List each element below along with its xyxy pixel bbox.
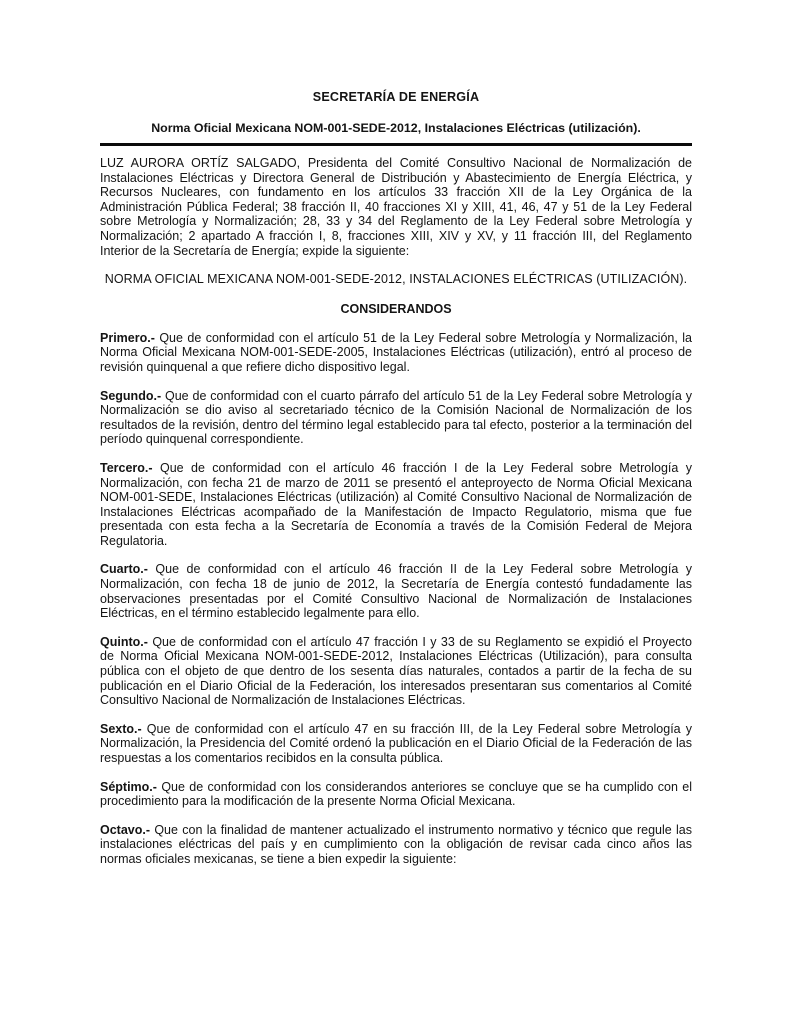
intro-paragraph: LUZ AURORA ORTÍZ SALGADO, Presidenta del…	[100, 156, 692, 258]
considerando-sexto-lead: Sexto.-	[100, 722, 142, 736]
section-heading-considerandos: CONSIDERANDOS	[100, 302, 692, 316]
considerando-segundo: Segundo.- Que de conformidad con el cuar…	[100, 389, 692, 447]
norm-title: NORMA OFICIAL MEXICANA NOM-001-SEDE-2012…	[100, 272, 692, 287]
considerando-primero-lead: Primero.-	[100, 331, 155, 345]
considerando-septimo-text: Que de conformidad con los considerandos…	[100, 780, 692, 809]
considerando-sexto-text: Que de conformidad con el artículo 47 en…	[100, 722, 692, 765]
considerando-quinto-lead: Quinto.-	[100, 635, 148, 649]
considerando-segundo-text: Que de conformidad con el cuarto párrafo…	[100, 389, 692, 447]
considerando-segundo-lead: Segundo.-	[100, 389, 161, 403]
considerando-tercero-lead: Tercero.-	[100, 461, 153, 475]
considerando-sexto: Sexto.- Que de conformidad con el artícu…	[100, 722, 692, 766]
considerando-cuarto: Cuarto.- Que de conformidad con el artíc…	[100, 562, 692, 620]
considerando-septimo: Séptimo.- Que de conformidad con los con…	[100, 780, 692, 809]
considerando-quinto: Quinto.- Que de conformidad con el artíc…	[100, 635, 692, 708]
considerando-octavo-text: Que con la finalidad de mantener actuali…	[100, 823, 692, 866]
considerando-tercero: Tercero.- Que de conformidad con el artí…	[100, 461, 692, 549]
considerando-cuarto-lead: Cuarto.-	[100, 562, 148, 576]
document-page: SECRETARÍA DE ENERGÍA Norma Oficial Mexi…	[0, 0, 791, 1024]
document-header: SECRETARÍA DE ENERGÍA Norma Oficial Mexi…	[100, 90, 692, 146]
considerando-octavo-lead: Octavo.-	[100, 823, 150, 837]
considerando-primero-text: Que de conformidad con el artículo 51 de…	[100, 331, 692, 374]
considerando-quinto-text: Que de conformidad con el artículo 47 fr…	[100, 635, 692, 707]
document-title: SECRETARÍA DE ENERGÍA	[100, 90, 692, 104]
considerando-septimo-lead: Séptimo.-	[100, 780, 157, 794]
considerando-primero: Primero.- Que de conformidad con el artí…	[100, 331, 692, 375]
document-subtitle: Norma Oficial Mexicana NOM-001-SEDE-2012…	[100, 121, 692, 135]
header-divider	[100, 143, 692, 146]
considerando-cuarto-text: Que de conformidad con el artículo 46 fr…	[100, 562, 692, 620]
considerando-octavo: Octavo.- Que con la finalidad de mantene…	[100, 823, 692, 867]
considerando-tercero-text: Que de conformidad con el artículo 46 fr…	[100, 461, 692, 548]
